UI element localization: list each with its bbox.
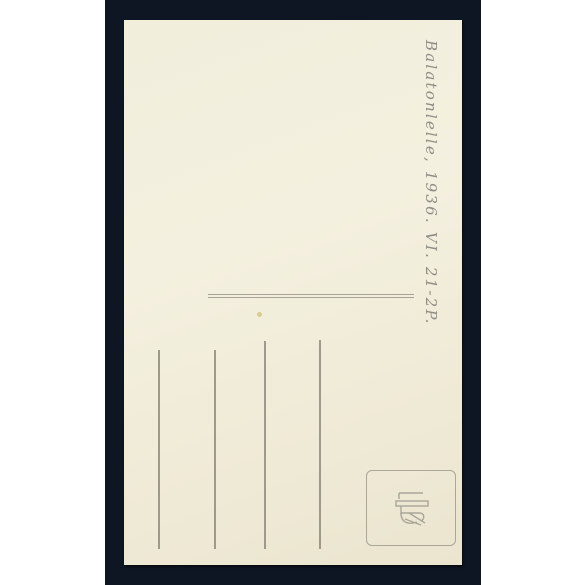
monogram-stamp-logo-icon [395,489,429,527]
postcard-back: Balatonlelle, 1936. VI. 21-2P. [124,20,462,565]
vertical-rule-3 [264,341,266,549]
vertical-rule-4 [319,340,321,549]
stamp-box [366,470,456,546]
stain-spot [257,312,262,317]
divider-line-bottom [208,297,414,298]
vertical-rule-2 [214,350,216,549]
handwritten-note: Balatonlelle, 1936. VI. 21-2P. [414,40,440,340]
divider-line-top [208,294,414,295]
vertical-rule-1 [158,350,160,549]
